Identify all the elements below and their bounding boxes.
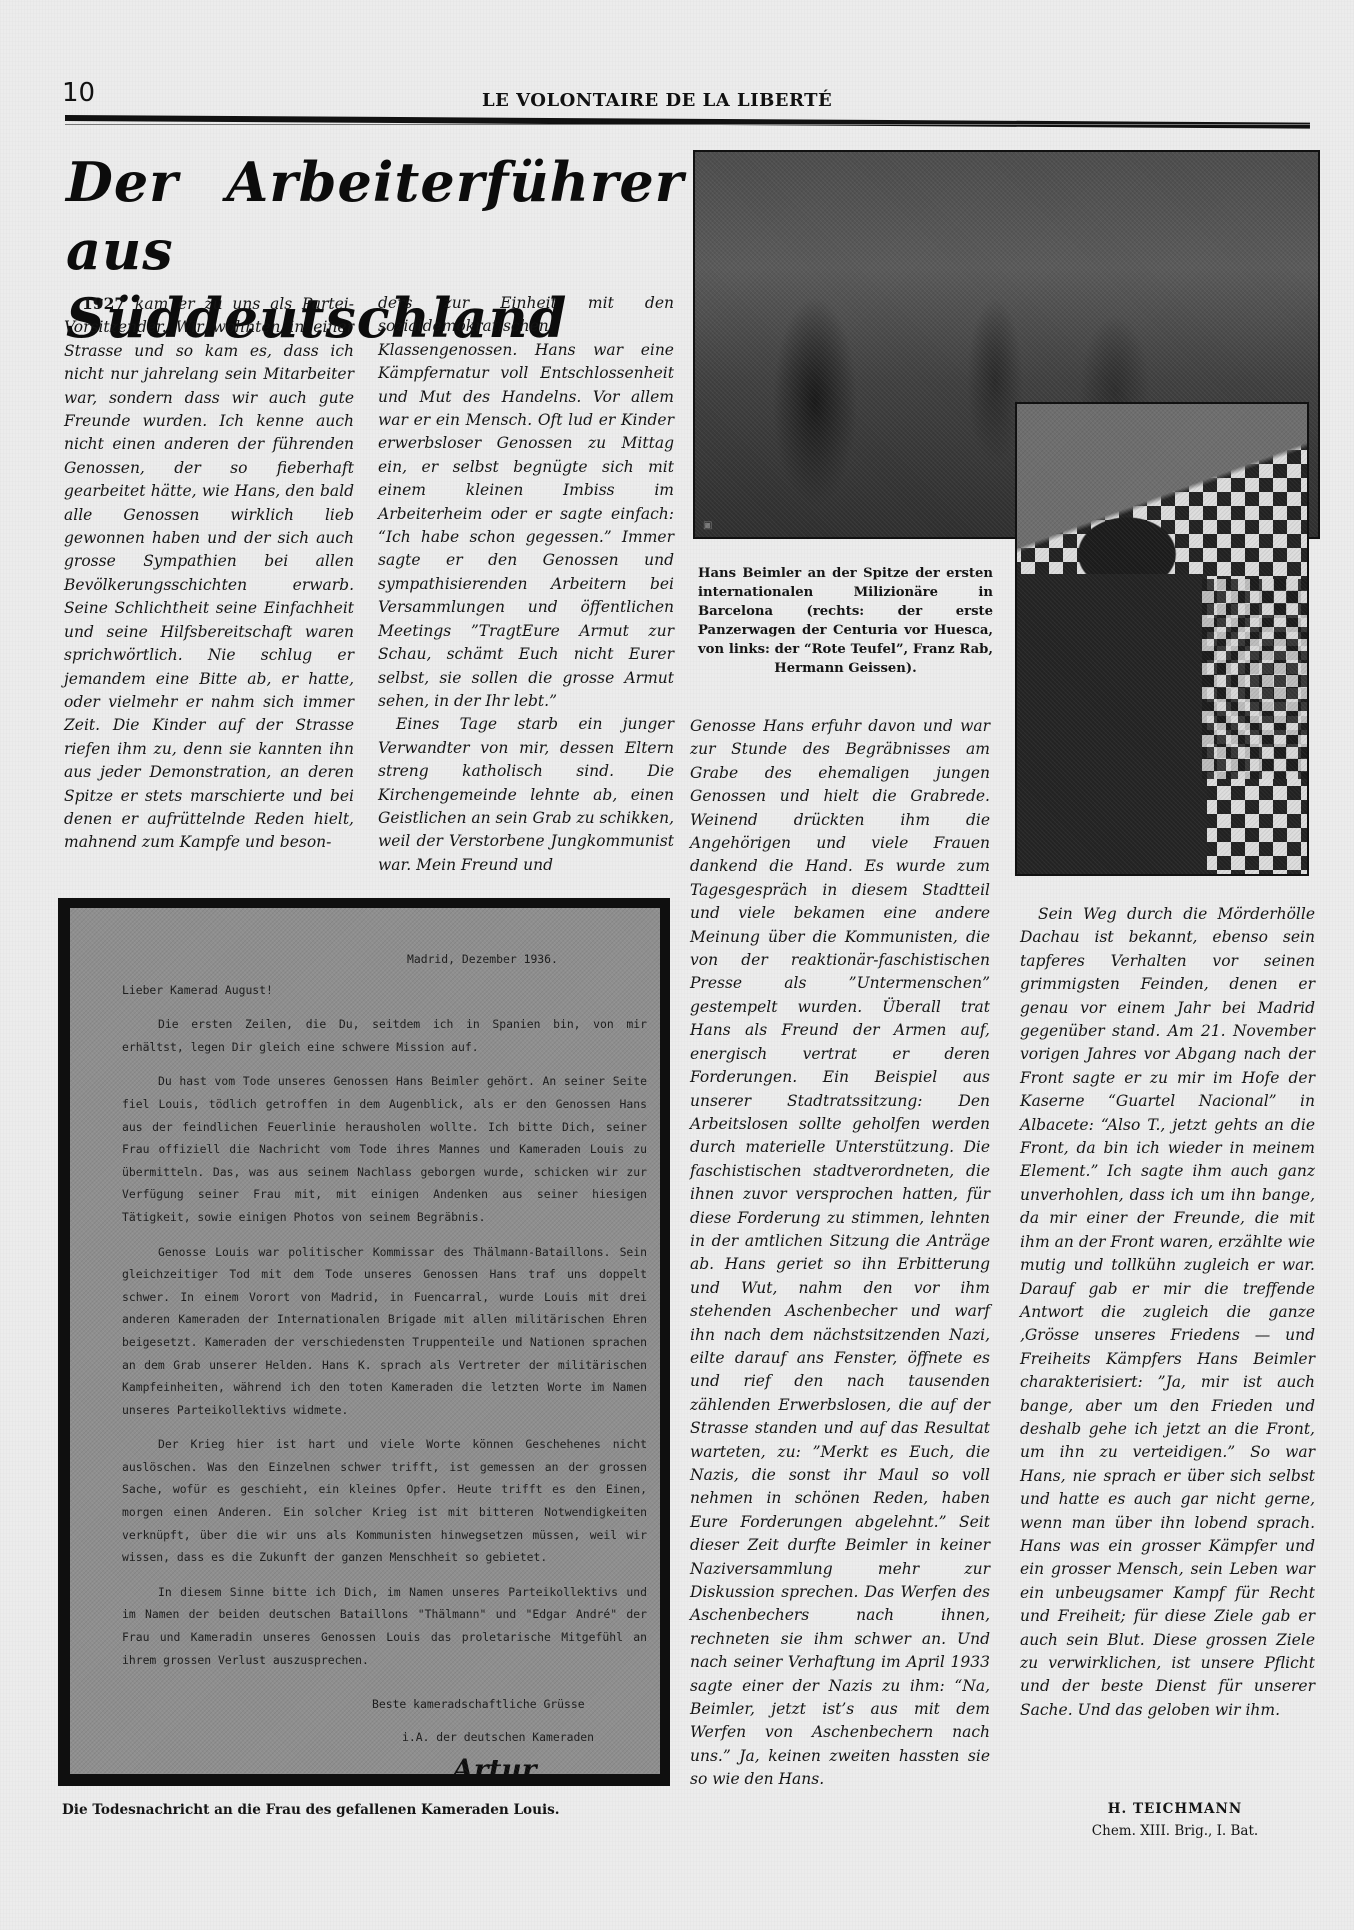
lead-year: 1927 — [82, 294, 125, 313]
photo-checked-jacket — [1202, 579, 1307, 779]
letter-salutation: Lieber Kamerad August! — [122, 979, 647, 1002]
letter-paragraph: Genosse Louis war politischer Kommissar … — [122, 1241, 647, 1422]
photo-placeholder-label: ▣ — [703, 520, 712, 531]
letter-paragraph: In diesem Sinne bitte ich Dich, im Namen… — [122, 1581, 647, 1671]
photo-caption: Hans Beimler an der Spitze der ersten in… — [698, 564, 993, 678]
article-column-4: Sein Weg durch die Mörderhölle Dachau is… — [1020, 903, 1315, 1722]
header-rule-thin — [65, 124, 1310, 125]
letter-signature: Artur — [122, 1750, 647, 1774]
letter-closing: Beste kameradschaftliche Grüsse — [122, 1693, 647, 1716]
byline-author: H. TEICHMANN — [1040, 1798, 1310, 1820]
paragraph: ders zur Einheit mit den sozialdemokrati… — [378, 292, 674, 713]
paragraph: Sein Weg durch die Mörderhölle Dachau is… — [1020, 903, 1315, 1722]
page-number: 10 — [62, 78, 95, 108]
letter-paragraph: Der Krieg hier ist hart und viele Worte … — [122, 1433, 647, 1569]
photo-shadow-region — [1017, 574, 1207, 874]
headline-line-1: Der Arbeiterführer — [66, 148, 686, 216]
letter-caption: Die Todesnachricht an die Frau des gefal… — [62, 1802, 662, 1818]
page-header: 10 LE VOLONTAIRE DE LA LIBERTÉ — [62, 72, 1312, 112]
letter-closing-on-behalf: i.A. der deutschen Kameraden — [122, 1726, 647, 1749]
byline-unit: Chem. XIII. Brig., I. Bat. — [1040, 1820, 1310, 1842]
paragraph: Eines Tage starb ein junger Verwandter v… — [378, 713, 674, 877]
letter-date: Madrid, Dezember 1936. — [122, 948, 647, 971]
article-column-2: ders zur Einheit mit den sozialdemokrati… — [378, 292, 674, 877]
paragraph: Genosse Hans erfuhr davon und war zur St… — [690, 715, 990, 1792]
paragraph: kam er zu uns als Partei-Vorsitzender. W… — [64, 295, 354, 851]
article-column-1: 1927 kam er zu uns als Partei-Vorsitzend… — [64, 292, 354, 855]
masthead: LE VOLONTAIRE DE LA LIBERTÉ — [482, 90, 832, 111]
header-rule — [65, 115, 1310, 129]
byline: H. TEICHMANN Chem. XIII. Brig., I. Bat. — [1040, 1798, 1310, 1842]
typed-letter: Madrid, Dezember 1936. Lieber Kamerad Au… — [70, 908, 660, 1774]
letter-paragraph: Die ersten Zeilen, die Du, seitdem ich i… — [122, 1013, 647, 1058]
article-column-3: Genosse Hans erfuhr davon und war zur St… — [690, 715, 990, 1792]
photo-armored-car-crew — [1015, 402, 1309, 876]
letter-paragraph: Du hast vom Tode unseres Genossen Hans B… — [122, 1070, 647, 1228]
